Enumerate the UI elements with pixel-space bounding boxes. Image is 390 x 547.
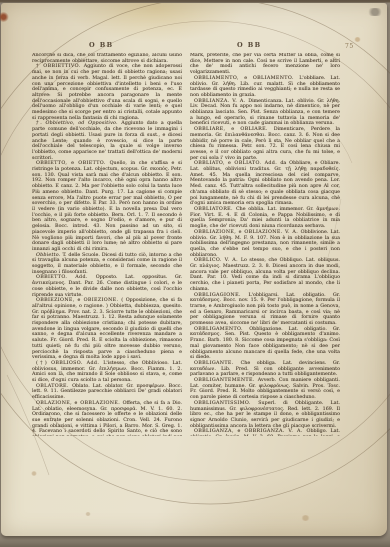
dictionary-entry: OBBLIAZIONE, e OBLIAZIONE. V. A. Obblivi… — [190, 230, 340, 259]
entry-headword: †. Obbiettivo, od Oppositivo. — [36, 121, 121, 126]
dictionary-entry: OBBLIAMENTO, e OBLIAMENTO. L'obbliare. L… — [190, 76, 340, 99]
dictionary-entry: Mark, preterite, che per via certa Mutte… — [190, 53, 340, 76]
dictionary-entry: OBBLIGANTE. Che obbliga. Lat. devinciens… — [190, 361, 340, 378]
entry-headword: OBBLIATO, e OBLIATO. Add. — [194, 161, 280, 166]
dictionary-entry: OBBLICO. V. A. Lo stesso, che Obbliquo. … — [190, 258, 340, 292]
entry-headword: OBBLIGAGIONE. — [194, 293, 248, 298]
dictionary-entry: † OBBIETTIVO. Aggiunto di voce, che non … — [32, 64, 182, 121]
entry-headword: OBLAZIONE, e OBBLAZIONE. — [36, 401, 123, 406]
dictionary-entry: Ancorchè si dica, che col trattamento eg… — [32, 53, 182, 64]
dictionary-entry: OBBIEZIONE, e OBIEZIONE. ( Opposizione, … — [32, 298, 182, 361]
dictionary-entry: OBBLIGANZA, e OBBRIGANZA. V. A. Obbligo.… — [190, 429, 340, 436]
foxing-spot — [301, 515, 310, 521]
paper-page: O BB O BB 75 Ancorchè si dica, che col t… — [1, 3, 387, 536]
dictionary-entry: OBLAZIONE, e OBBLAZIONE. Offerta, che si… — [32, 401, 182, 436]
entry-headword: OBBLIGAMENTO. — [194, 327, 249, 332]
smudge-top-right — [367, 8, 383, 16]
entry-headword: OBLATORE. — [36, 384, 72, 389]
dictionary-entry: OBBLIATO, e OBLIATO. Add. da Obbliare, e… — [190, 161, 340, 207]
dictionary-entry: Obbietto. T. delle Scuole. Dicesi di tut… — [32, 253, 182, 276]
entry-headword: OBBLIAZIONE, e OBLIAZIONE. V. A. — [194, 230, 301, 235]
dictionary-entry: (†) OBBLIOSO. Add. L'istesso, che Obbliv… — [32, 361, 182, 384]
running-title-right: O BB — [237, 41, 262, 49]
entry-headword: OBBLIANZA. V. A. — [194, 99, 248, 104]
foxing-spot — [354, 37, 361, 42]
dictionary-entry: OBBLIANZA. V. A. Dimenticanza. Lat. obli… — [190, 99, 340, 128]
running-title-left: O BB — [89, 41, 114, 49]
entry-headword: OBBLIARE, e OBLIARE. — [194, 127, 274, 132]
text-columns: Ancorchè si dica, che col trattamento eg… — [32, 53, 344, 436]
dictionary-entry: †. Obbiettivo, od Oppositivo. Aggiunto d… — [32, 121, 182, 161]
entry-headword: Obbietto. — [36, 253, 63, 258]
entry-headword: (†) OBBLIOSO. Add. — [36, 361, 103, 366]
entry-headword: OBBIEZIONE, e OBIEZIONE. — [36, 298, 121, 303]
foxing-spot — [85, 512, 91, 516]
book-page-scan: O BB O BB 75 Ancorchè si dica, che col t… — [0, 0, 390, 547]
entry-headword: OBBLICO. V. A. — [194, 258, 241, 263]
entry-headword: OBBIETTO, e OBIETTO. — [36, 161, 110, 166]
page-number: 75 — [345, 43, 354, 50]
dictionary-entry: OBBLIGAGIONE. L'obbligarsi. Lat. obligat… — [190, 293, 340, 327]
text-column-left: Ancorchè si dica, che col trattamento eg… — [32, 53, 182, 436]
dictionary-entry: OBBIETTO, e OBIETTO. Quello, in che s'af… — [32, 161, 182, 252]
foxing-spot — [31, 471, 37, 476]
dictionary-entry: OBBLIGANTEMENTE. Avverb. Con maniere obb… — [190, 378, 340, 401]
entry-headword: OBBIETTO. Add. — [36, 275, 96, 280]
entry-headword: † OBBIETTIVO. — [36, 64, 84, 69]
entry-headword: OBBLIATORE. — [194, 207, 236, 212]
entry-headword: OBBLIGANTE. — [194, 361, 241, 366]
dictionary-entry: OBBIETTO. Add. Opposto. Lat. oppositus. … — [32, 275, 182, 298]
entry-headword: OBBLIGANTEMENTE. — [194, 378, 258, 383]
dictionary-entry: OBBLIGAMENTO. Obbligazione. Lat. obligat… — [190, 327, 340, 361]
entry-headword: OBBLIAMENTO, e OBLIAMENTO. — [194, 76, 299, 81]
text-column-right: Mark, preterite, che per via certa Mutte… — [190, 53, 340, 436]
entry-headword: OBBLIGANTISSIMO. — [194, 401, 258, 406]
dictionary-entry: OBBLIATORE. Che obblia. Lat. immemor. Gr… — [190, 207, 340, 230]
ink-spot-top-left — [0, 12, 9, 22]
dictionary-entry: OBBLIARE, e OBLIARE. Dimenticare, Perder… — [190, 127, 340, 161]
dictionary-entry: OBLATORE. Oblato. Lat. oblator. Gr. προσ… — [32, 384, 182, 401]
entry-headword: OBBLIGANZA, e OBBRIGANZA. V. A. — [194, 429, 307, 434]
dictionary-entry: OBBLIGANTISSIMO. Superl. di Obbligante. … — [190, 401, 340, 430]
